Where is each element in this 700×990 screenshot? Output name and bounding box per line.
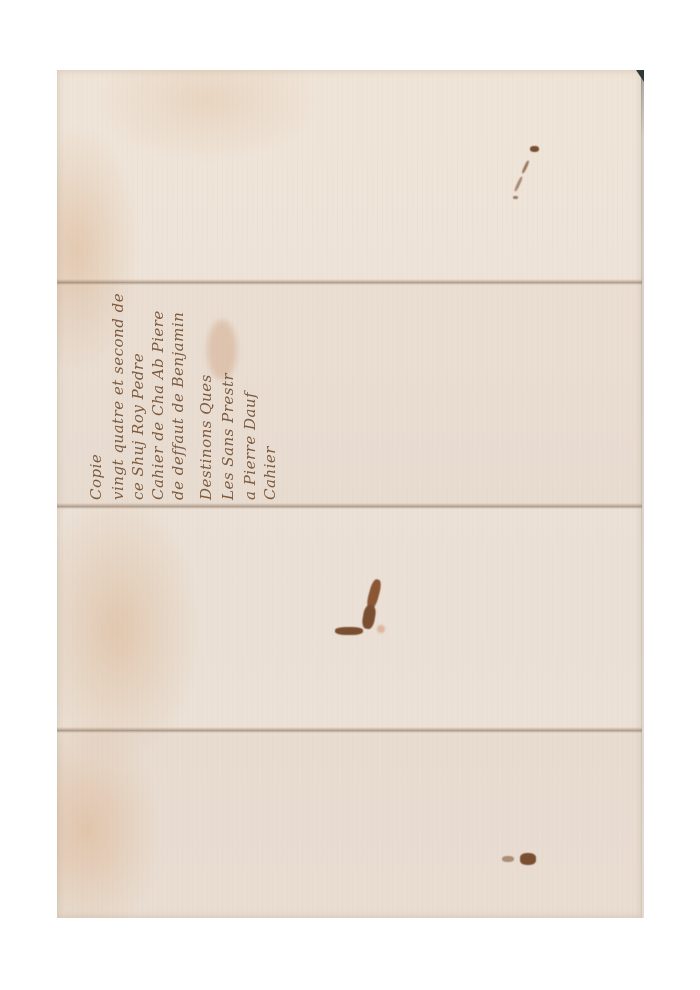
ink-stroke-top-right (512, 142, 542, 202)
handwriting-line: vingt quatre et second de (109, 293, 127, 500)
handwriting-line: ce Shuj Roy Pedre (129, 353, 147, 500)
handwritten-text-block: Copie vingt quatre et second de ce Shuj … (85, 282, 325, 500)
fold-line-2 (57, 503, 642, 509)
handwriting-line: Destinons Ques (197, 374, 215, 500)
ink-blot-bottom-right (502, 850, 547, 870)
fold-line-3 (57, 727, 642, 733)
scan-canvas: Copie vingt quatre et second de ce Shuj … (0, 0, 700, 990)
handwriting-line: Les Sans Prestr (219, 373, 237, 500)
handwriting-line: de deffaut de Benjamin (169, 312, 187, 500)
ink-blot-center (327, 575, 397, 645)
handwriting-line: a Pierre Dauf (241, 392, 259, 500)
handwriting-line: Cahier (261, 446, 279, 500)
handwriting-line: Copie (87, 454, 105, 500)
handwriting-line: Cahier de Cha Ab Piere (149, 310, 167, 500)
panel-4-shade (57, 730, 642, 918)
